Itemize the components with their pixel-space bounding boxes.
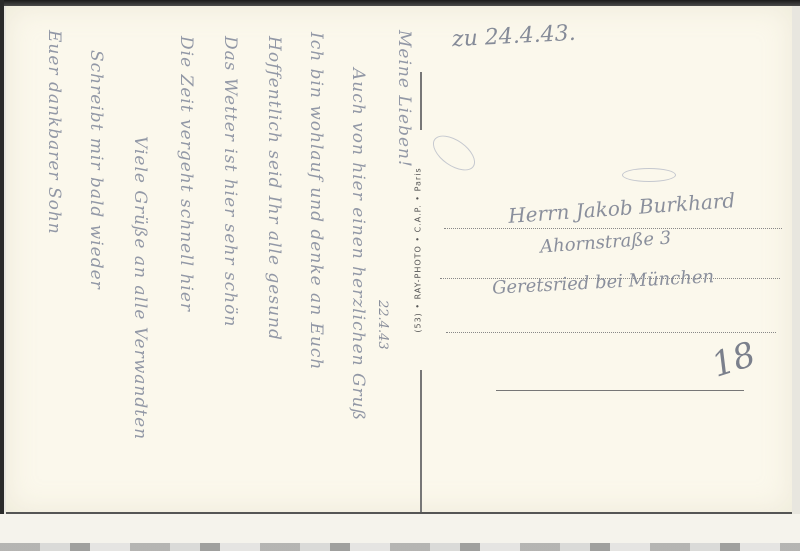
- message-line: Euer dankbarer Sohn: [44, 30, 64, 235]
- handwritten-date: zu 24.4.43.: [451, 21, 576, 52]
- postcard-back: (53) • RAY-PHOTO • C.A.P. • Paris zu 24.…: [6, 6, 792, 514]
- message-line: Viele Grüße an alle Verwandten: [130, 136, 150, 440]
- address-city: Geretsried bei München: [492, 266, 715, 299]
- pencil-stroke: [427, 129, 481, 178]
- adjacent-card-edge: [0, 543, 800, 551]
- message-line: Das Wetter ist hier sehr schön: [220, 36, 240, 327]
- address-recipient: Herrn Jakob Burkhard: [507, 188, 735, 228]
- message-line: Hoffentlich seid Ihr alle gesund: [264, 36, 284, 341]
- pencil-stroke: [622, 168, 676, 182]
- message-line: Die Zeit vergeht schnell hier: [176, 36, 196, 312]
- address-line-1: [444, 228, 782, 229]
- message-line: Meine Lieben!: [394, 30, 414, 168]
- scan-background-below: [0, 514, 800, 551]
- message-line: Ich bin wohlauf und denke an Euch: [306, 32, 326, 370]
- scan-edge-left: [0, 0, 4, 551]
- address-line-3: [446, 332, 776, 333]
- message-line: Schreibt mir bald wieder: [86, 50, 106, 290]
- address-street: Ahornstraße 3: [539, 227, 671, 257]
- postage-mark: 18: [707, 334, 761, 385]
- message-date: 22.4.43: [375, 300, 390, 350]
- publisher-imprint: (53) • RAY-PHOTO • C.A.P. • Paris: [414, 163, 423, 336]
- message-line: Auch von hier einen herzlichen Gruß: [348, 68, 368, 421]
- address-line-4: [496, 390, 744, 391]
